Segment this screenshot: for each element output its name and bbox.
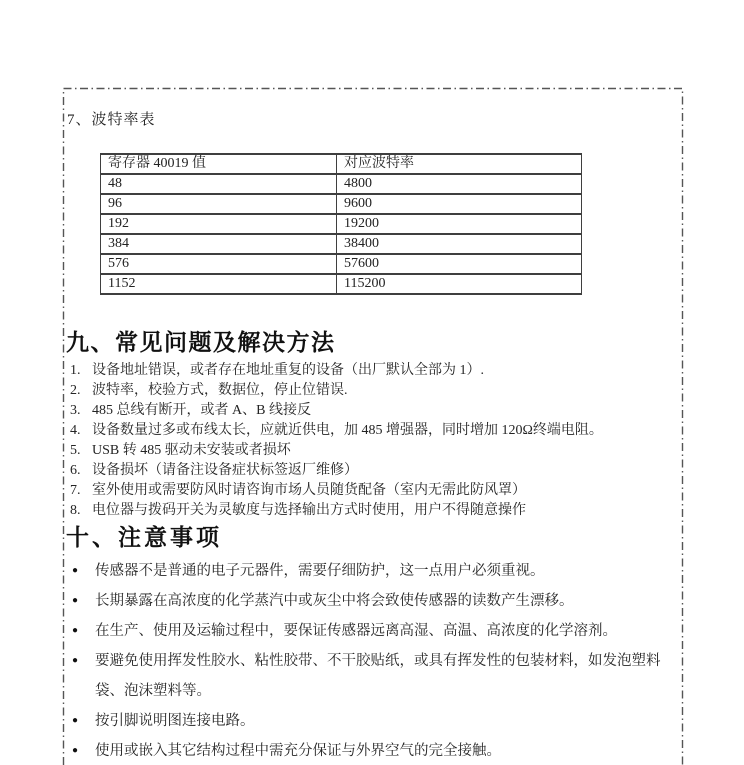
list-item: 5. USB 转 485 驱动未安装或者损坏 (70, 441, 680, 461)
register-value-cell: 576 (101, 254, 337, 274)
list-item: ● 在生产、使用及运输过程中，要保证传感器远离高湿、高温、高浓度的化学溶剂。 (72, 616, 664, 646)
document-page: 7、波特率表 寄存器 40019 值 对应波特率 48 4800 96 9600… (0, 0, 744, 765)
table-row: 576 57600 (101, 254, 582, 274)
list-item-text: 设备损坏（请备注设备症状标签返厂维修） (92, 461, 680, 481)
list-item: ● 长期暴露在高浓度的化学蒸汽中或灰尘中将会致使传感器的读数产生漂移。 (72, 586, 664, 616)
bullet-icon: ● (72, 706, 95, 736)
list-item-number: 5. (70, 441, 92, 461)
baud-value-cell: 4800 (337, 174, 582, 194)
baud-rate-table-title: 7、波特率表 (67, 108, 156, 129)
faq-list: 1. 设备地址错误，或者存在地址重复的设备（出厂默认全部为 1）. 2. 波特率… (70, 361, 680, 521)
list-item: ● 要避免使用挥发性胶水、粘性胶带、不干胶贴纸，或具有挥发性的包装材料，如发泡塑… (72, 646, 664, 706)
bullet-icon: ● (72, 586, 95, 616)
register-value-cell: 48 (101, 174, 337, 194)
list-item-text: 长期暴露在高浓度的化学蒸汽中或灰尘中将会致使传感器的读数产生漂移。 (95, 586, 664, 616)
table-row: 384 38400 (101, 234, 582, 254)
baud-value-cell: 9600 (337, 194, 582, 214)
section9-heading: 九、常见问题及解决方法 (66, 324, 336, 357)
table-row: 96 9600 (101, 194, 582, 214)
list-item-text: 设备地址错误，或者存在地址重复的设备（出厂默认全部为 1）. (92, 361, 680, 381)
register-column-header: 寄存器 40019 值 (101, 154, 337, 174)
list-item-number: 7. (70, 481, 92, 501)
table-row: 1152 115200 (101, 274, 582, 294)
register-value-cell: 192 (101, 214, 337, 234)
list-item: ● 按引脚说明图连接电路。 (72, 706, 664, 736)
list-item-number: 4. (70, 421, 92, 441)
notes-list: ● 传感器不是普通的电子元器件，需要仔细防护，这一点用户必须重视。 ● 长期暴露… (72, 556, 664, 765)
list-item-text: 电位器与拨码开关为灵敏度与选择输出方式时使用，用户不得随意操作 (92, 501, 680, 521)
baud-rate-table: 寄存器 40019 值 对应波特率 48 4800 96 9600 192 19… (100, 153, 582, 295)
list-item-number: 2. (70, 381, 92, 401)
list-item-number: 8. (70, 501, 92, 521)
list-item-text: 设备数量过多或布线太长，应就近供电，加 485 增强器，同时增加 120Ω终端电… (92, 421, 680, 441)
section10-heading: 十、注意事项 (66, 519, 222, 552)
baud-value-cell: 57600 (337, 254, 582, 274)
register-value-cell: 384 (101, 234, 337, 254)
bullet-icon: ● (72, 736, 95, 765)
list-item: 4. 设备数量过多或布线太长，应就近供电，加 485 增强器，同时增加 120Ω… (70, 421, 680, 441)
bullet-icon: ● (72, 616, 95, 646)
list-item: 1. 设备地址错误，或者存在地址重复的设备（出厂默认全部为 1）. (70, 361, 680, 381)
list-item-text: 按引脚说明图连接电路。 (95, 706, 664, 736)
list-item: 7. 室外使用或需要防风时请咨询市场人员随货配备（室内无需此防风罩） (70, 481, 680, 501)
table-row: 192 19200 (101, 214, 582, 234)
bullet-icon: ● (72, 556, 95, 586)
baud-column-header: 对应波特率 (337, 154, 582, 174)
register-value-cell: 96 (101, 194, 337, 214)
list-item-number: 1. (70, 361, 92, 381)
list-item-text: 要避免使用挥发性胶水、粘性胶带、不干胶贴纸，或具有挥发性的包装材料，如发泡塑料袋… (95, 646, 664, 706)
list-item: 6. 设备损坏（请备注设备症状标签返厂维修） (70, 461, 680, 481)
register-value-cell: 1152 (101, 274, 337, 294)
list-item-number: 3. (70, 401, 92, 421)
list-item-text: USB 转 485 驱动未安装或者损坏 (92, 441, 680, 461)
bullet-icon: ● (72, 646, 95, 706)
list-item-text: 在生产、使用及运输过程中，要保证传感器远离高湿、高温、高浓度的化学溶剂。 (95, 616, 664, 646)
list-item: 3. 485 总线有断开，或者 A、B 线接反 (70, 401, 680, 421)
baud-value-cell: 38400 (337, 234, 582, 254)
list-item: 8. 电位器与拨码开关为灵敏度与选择输出方式时使用，用户不得随意操作 (70, 501, 680, 521)
list-item-text: 室外使用或需要防风时请咨询市场人员随货配备（室内无需此防风罩） (92, 481, 680, 501)
list-item-number: 6. (70, 461, 92, 481)
list-item-text: 传感器不是普通的电子元器件，需要仔细防护，这一点用户必须重视。 (95, 556, 664, 586)
list-item-text: 使用或嵌入其它结构过程中需充分保证与外界空气的完全接触。 (95, 736, 664, 765)
list-item: ● 传感器不是普通的电子元器件，需要仔细防护，这一点用户必须重视。 (72, 556, 664, 586)
list-item-text: 波特率，校验方式，数据位，停止位错误. (92, 381, 680, 401)
list-item: 2. 波特率，校验方式，数据位，停止位错误. (70, 381, 680, 401)
list-item: ● 使用或嵌入其它结构过程中需充分保证与外界空气的完全接触。 (72, 736, 664, 765)
table-row: 48 4800 (101, 174, 582, 194)
baud-value-cell: 19200 (337, 214, 582, 234)
list-item-text: 485 总线有断开，或者 A、B 线接反 (92, 401, 680, 421)
baud-value-cell: 115200 (337, 274, 582, 294)
table-header-row: 寄存器 40019 值 对应波特率 (101, 154, 582, 174)
